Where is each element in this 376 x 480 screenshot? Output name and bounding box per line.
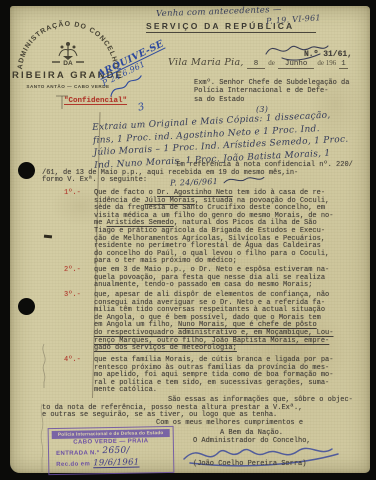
stamp-location: CABO VERDE — PRAIA xyxy=(52,438,170,446)
stamp-entry-row: ENTRADA N.º 2650/ xyxy=(52,446,170,458)
paragraph-text: Que de facto o Dr. Agostinho Neto tem id… xyxy=(94,190,333,266)
dateline-place: Vila Maria Pia, xyxy=(168,57,244,68)
stamp-received-label: Rec.do em xyxy=(56,461,90,468)
paragraph-number: 2º.- xyxy=(64,267,94,275)
letterhead-da: DA xyxy=(63,60,73,67)
handwritten-dispatch-note: P. 24/6/961 xyxy=(170,173,266,188)
paragraph-text: que em 3 de Maio p.p., o Dr. Neto e espô… xyxy=(94,267,329,290)
dispatch-note-text: P. 24/6/961 xyxy=(170,177,218,188)
stamp-entry-number: 2650/ xyxy=(102,446,130,456)
stamp-received-date: 19/6/1961 xyxy=(93,458,139,469)
municipal-coat-of-arms-icon xyxy=(59,42,77,60)
text-run: que em 3 de Maio p.p., o Dr. Neto e espô… xyxy=(94,266,329,289)
administrator-name: (João Coelho Pereira Serra) xyxy=(193,461,306,469)
compliments-line: Com os meus melhores cumprimentos e xyxy=(156,420,303,428)
dateline: Vila Maria Pia, 8 de Junho de 196 1 xyxy=(168,57,348,69)
paragraph-number: 1º.- xyxy=(64,190,94,198)
dateline-de2: de 196 xyxy=(317,59,336,67)
paragraph-text: que esta família Morais, de cútis branca… xyxy=(94,357,333,395)
paragraph-1: 1º.- Que de facto o Dr. Agostinho Neto t… xyxy=(64,190,333,266)
margin-pencil-marks xyxy=(38,342,50,390)
document-page: ADMINISTRAÇÃO DO CONCELHO DA RIBEIRA GRA… xyxy=(10,6,370,473)
paragraph-2: 2º.- que em 3 de Maio p.p., o Dr. Neto e… xyxy=(64,267,329,290)
addressee-block: Exmº. Senhor Chefe de Subdelegação da Po… xyxy=(194,79,349,104)
confidential-label: "Confidencial" xyxy=(64,98,127,106)
stamp-entry-label: ENTRADA N.º xyxy=(56,450,99,457)
text-run: que esta família Morais, de cútis branca… xyxy=(94,356,333,394)
handwritten-top-note: Venha com antecedentes — xyxy=(156,5,282,19)
dateline-year: 1 xyxy=(339,60,348,69)
hole-punch-top xyxy=(18,162,35,179)
paragraph-number: 4º.- xyxy=(64,357,94,365)
scanned-letter-background: { "colors": { "paper": "#d3cca3", "typed… xyxy=(0,0,376,480)
ink-smudge xyxy=(44,235,52,238)
text-run: , natural dos Picos da ilha de São Tiago… xyxy=(94,219,329,265)
letterhead-region: SANTO ANTÃO — CABO VERDE xyxy=(26,83,109,89)
signature-dispatch xyxy=(222,173,266,187)
dateline-day: 8 xyxy=(247,60,266,69)
stamp-received-row: Rec.do em 19/6/1961 xyxy=(52,457,170,469)
dateline-de1: de xyxy=(268,59,275,67)
pide-entry-stamp: Polícia Internacional e de Defesa do Est… xyxy=(48,426,175,475)
dateline-month: Junho xyxy=(278,60,315,69)
paragraph-number: 3º.- xyxy=(64,292,94,300)
paragraph-3: 3º.- que, apesar de ali dispôr de elemen… xyxy=(64,292,333,353)
hole-punch-bottom xyxy=(18,298,35,315)
handwritten-mark-3: 3 xyxy=(137,101,146,113)
paragraph-text: que, apesar de ali dispôr de elementos d… xyxy=(94,292,333,353)
closing-paragraph: São essas as informações que, sôbre o ob… xyxy=(42,397,353,420)
paragraph-4: 4º.- que esta família Morais, de cútis b… xyxy=(64,357,333,395)
